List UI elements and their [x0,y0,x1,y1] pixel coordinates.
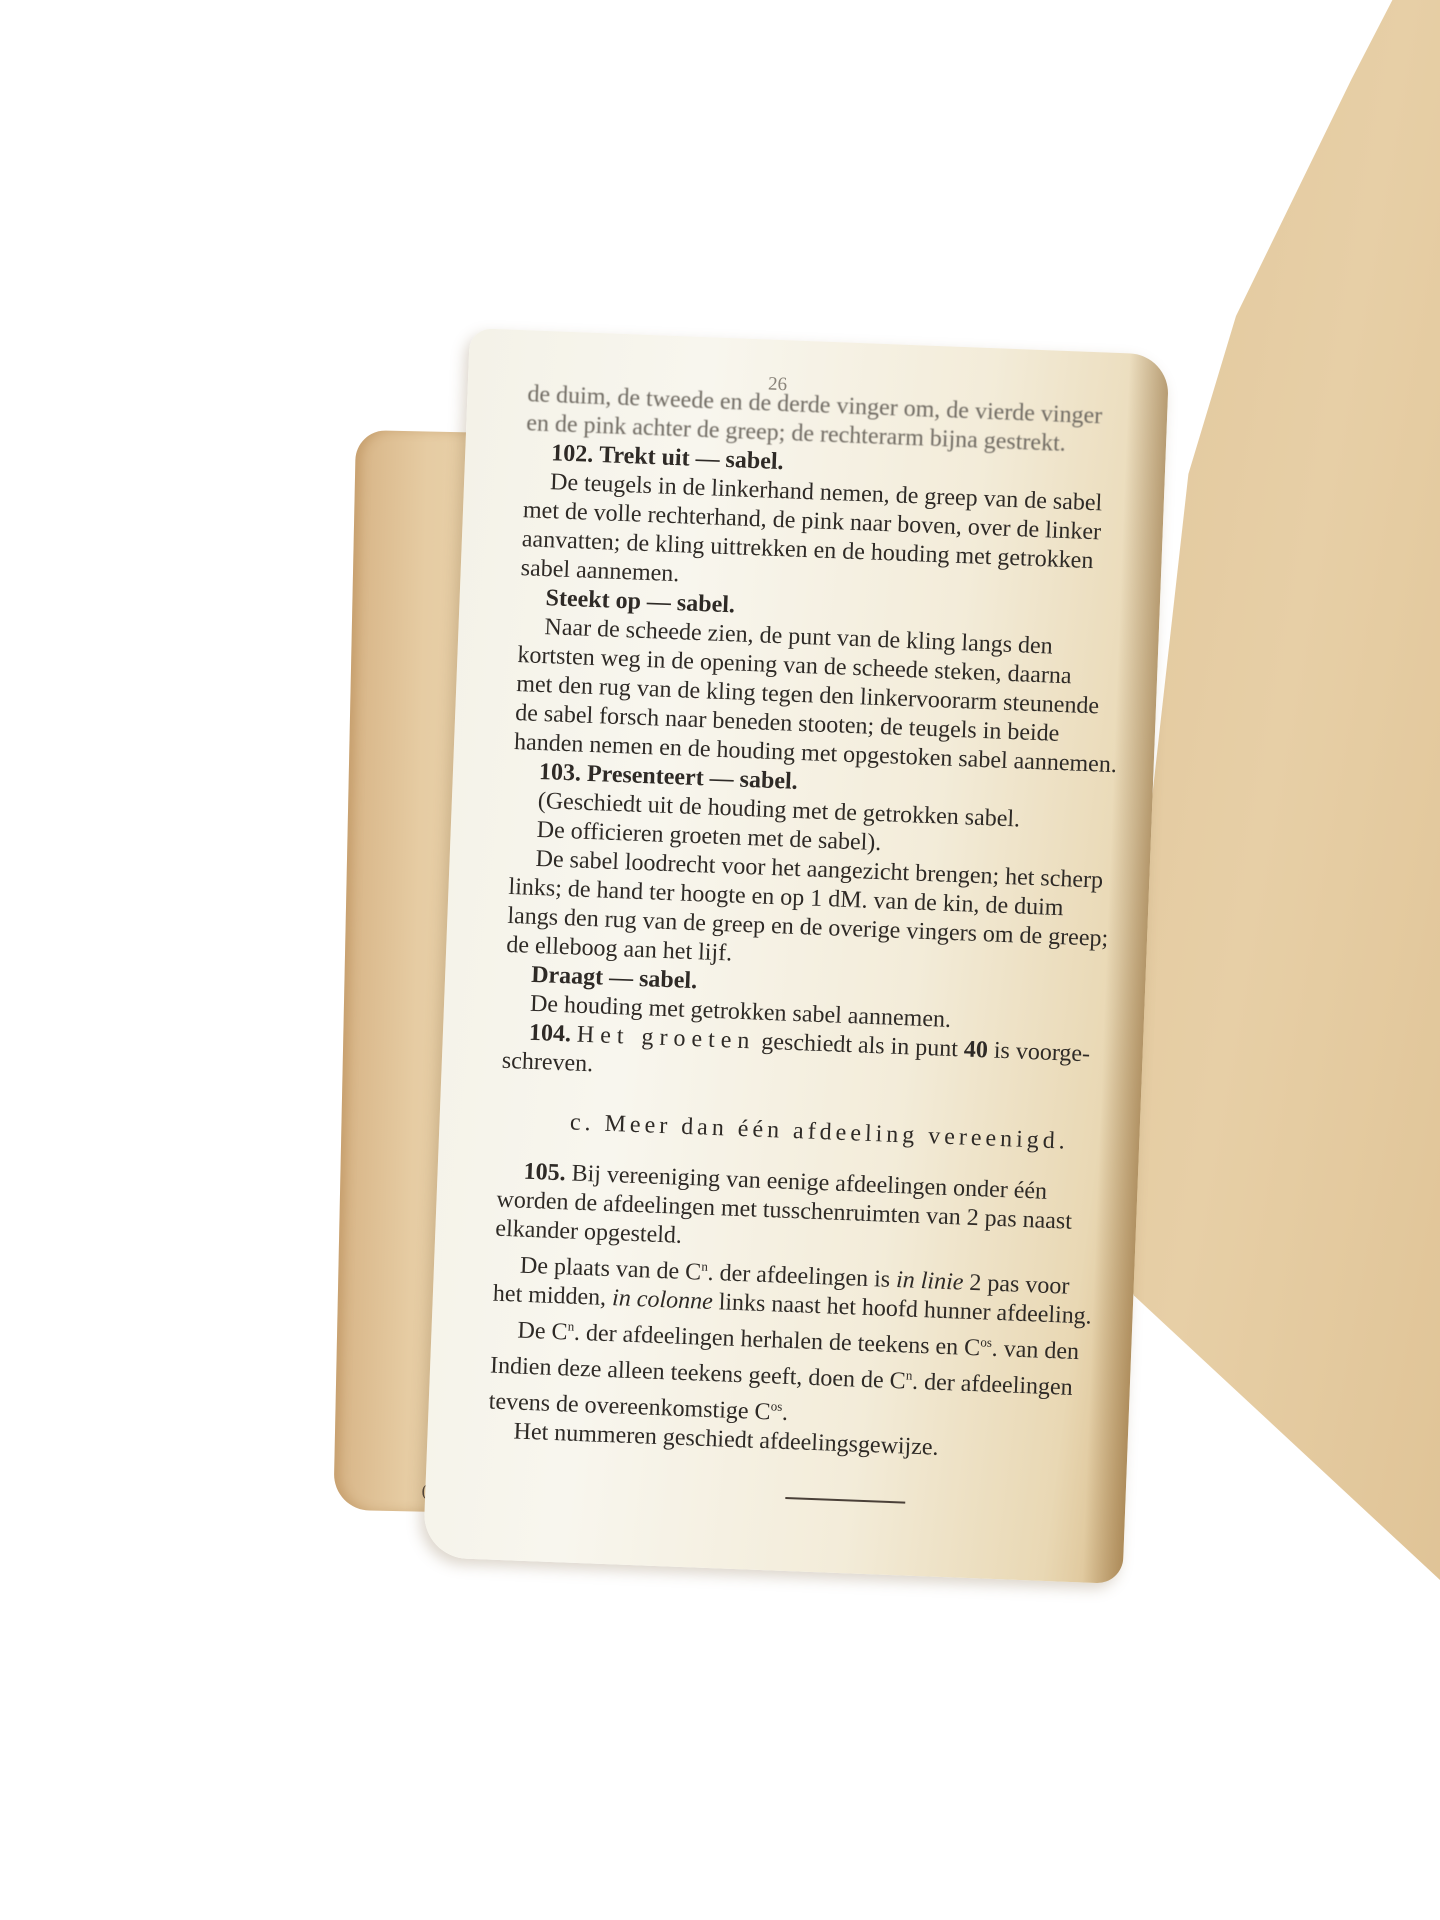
superscript: n [906,1368,913,1383]
point-reference: 40 [963,1037,988,1064]
emphasis: in colonne [612,1285,714,1315]
main-page: 26 de duim, de tweede en de derde vinger… [423,328,1170,1584]
paragraph-number: 105. [523,1159,566,1187]
emphasis: in linie [896,1267,964,1296]
book-photo: grstofaazijhetplaIvoo„V9(aanIhetcheziche… [0,0,1440,1920]
paragraph-number: 104. [528,1020,571,1048]
section-end-rule [785,1497,905,1504]
superscript: os [770,1398,782,1413]
section-heading: c. Meer dan één afdeeling vereenigd. [499,1106,1140,1160]
superscript: n [567,1318,574,1333]
command-heading: Draagt — sabel. [531,962,698,994]
superscript: n [701,1259,708,1274]
paragraph-number: 102. [551,440,594,468]
superscript: os [980,1334,992,1349]
page-text: de duim, de tweede en de derde vinger om… [486,380,1168,1512]
spaced-text: Het groeten [576,1022,755,1055]
paragraph-number: 103. [539,759,582,787]
